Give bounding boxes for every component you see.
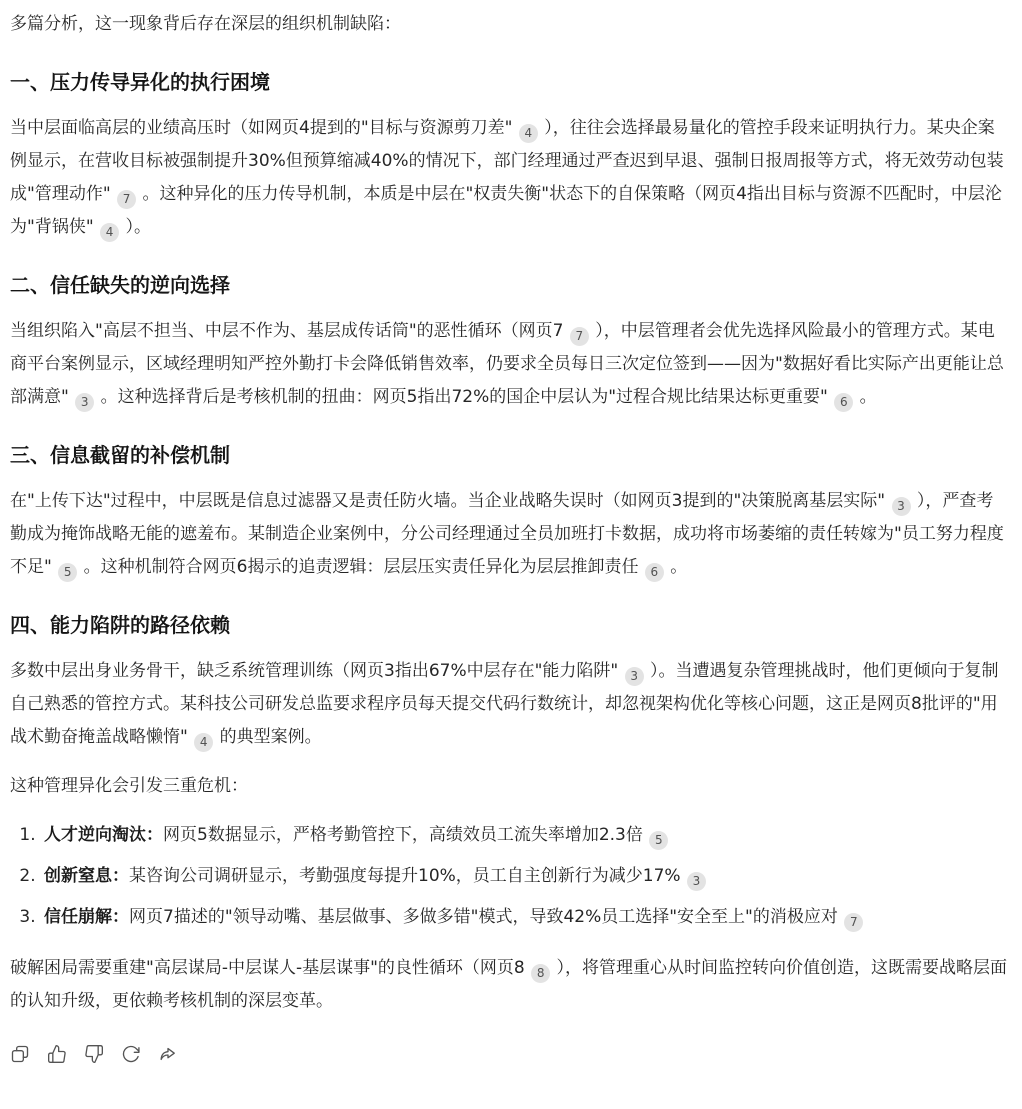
section-heading: 二、信任缺失的逆向选择 bbox=[10, 272, 1010, 299]
share-button[interactable] bbox=[158, 1044, 178, 1064]
citation-badge[interactable]: 7 bbox=[570, 327, 589, 346]
copy-icon bbox=[10, 1044, 30, 1064]
list-item-title: 信任崩解： bbox=[44, 907, 129, 927]
citation-badge[interactable]: 8 bbox=[531, 964, 550, 983]
paragraph: 当中层面临高层的业绩高压时（如网页4提到的"目标与资源剪刀差" 4 ），往往会选… bbox=[10, 112, 1010, 244]
section-heading: 三、信息截留的补偿机制 bbox=[10, 442, 1010, 469]
list-item-title: 人才逆向淘汰： bbox=[44, 825, 163, 845]
paragraph: 多数中层出身业务骨干，缺乏系统管理训练（网页3指出67%中层存在"能力陷阱" 3… bbox=[10, 655, 1010, 754]
crisis-list: 人才逆向淘汰：网页5数据显示，严格考勤管控下，高绩效员工流失率增加2.3倍 5创… bbox=[10, 819, 1010, 934]
citation-badge[interactable]: 6 bbox=[834, 393, 853, 412]
copy-button[interactable] bbox=[10, 1044, 30, 1064]
citation-badge[interactable]: 5 bbox=[58, 563, 77, 582]
list-item: 人才逆向淘汰：网页5数据显示，严格考勤管控下，高绩效员工流失率增加2.3倍 5 bbox=[41, 819, 1010, 852]
citation-badge[interactable]: 3 bbox=[625, 667, 644, 686]
regenerate-icon bbox=[121, 1044, 141, 1064]
thumbs-up-button[interactable] bbox=[47, 1044, 67, 1064]
thumbs-down-button[interactable] bbox=[84, 1044, 104, 1064]
citation-badge[interactable]: 4 bbox=[194, 733, 213, 752]
citation-badge[interactable]: 4 bbox=[100, 223, 119, 242]
share-icon bbox=[158, 1044, 178, 1064]
citation-badge[interactable]: 6 bbox=[645, 563, 664, 582]
citation-badge[interactable]: 4 bbox=[519, 124, 538, 143]
assistant-message-content: 多篇分析，这一现象背后存在深层的组织机制缺陷：一、压力传导异化的执行困境当中层面… bbox=[10, 8, 1010, 1018]
citation-badge[interactable]: 7 bbox=[117, 190, 136, 209]
citation-badge[interactable]: 3 bbox=[75, 393, 94, 412]
section-heading: 四、能力陷阱的路径依赖 bbox=[10, 612, 1010, 639]
citation-badge[interactable]: 7 bbox=[844, 913, 863, 932]
message-action-bar bbox=[10, 1044, 1010, 1064]
citation-badge[interactable]: 3 bbox=[687, 872, 706, 891]
section-heading: 一、压力传导异化的执行困境 bbox=[10, 69, 1010, 96]
list-item: 创新窒息：某咨询公司调研显示，考勤强度每提升10%，员工自主创新行为减少17% … bbox=[41, 860, 1010, 893]
paragraph: 多篇分析，这一现象背后存在深层的组织机制缺陷： bbox=[10, 8, 1010, 41]
paragraph: 当组织陷入"高层不担当、中层不作为、基层成传话筒"的恶性循环（网页7 7 ），中… bbox=[10, 315, 1010, 414]
paragraph: 这种管理异化会引发三重危机： bbox=[10, 770, 1010, 803]
list-item-title: 创新窒息： bbox=[44, 866, 129, 886]
paragraph: 破解困局需要重建"高层谋局-中层谋人-基层谋事"的良性循环（网页8 8 ），将管… bbox=[10, 952, 1010, 1018]
thumbs-up-icon bbox=[47, 1044, 67, 1064]
paragraph: 在"上传下达"过程中，中层既是信息过滤器又是责任防火墙。当企业战略失误时（如网页… bbox=[10, 485, 1010, 584]
chat-response: 多篇分析，这一现象背后存在深层的组织机制缺陷：一、压力传导异化的执行困境当中层面… bbox=[10, 8, 1010, 1064]
list-item: 信任崩解：网页7描述的"领导动嘴、基层做事、多做多错"模式，导致42%员工选择"… bbox=[41, 901, 1010, 934]
citation-badge[interactable]: 3 bbox=[892, 497, 911, 516]
citation-badge[interactable]: 5 bbox=[649, 831, 668, 850]
regenerate-button[interactable] bbox=[121, 1044, 141, 1064]
thumbs-down-icon bbox=[84, 1044, 104, 1064]
